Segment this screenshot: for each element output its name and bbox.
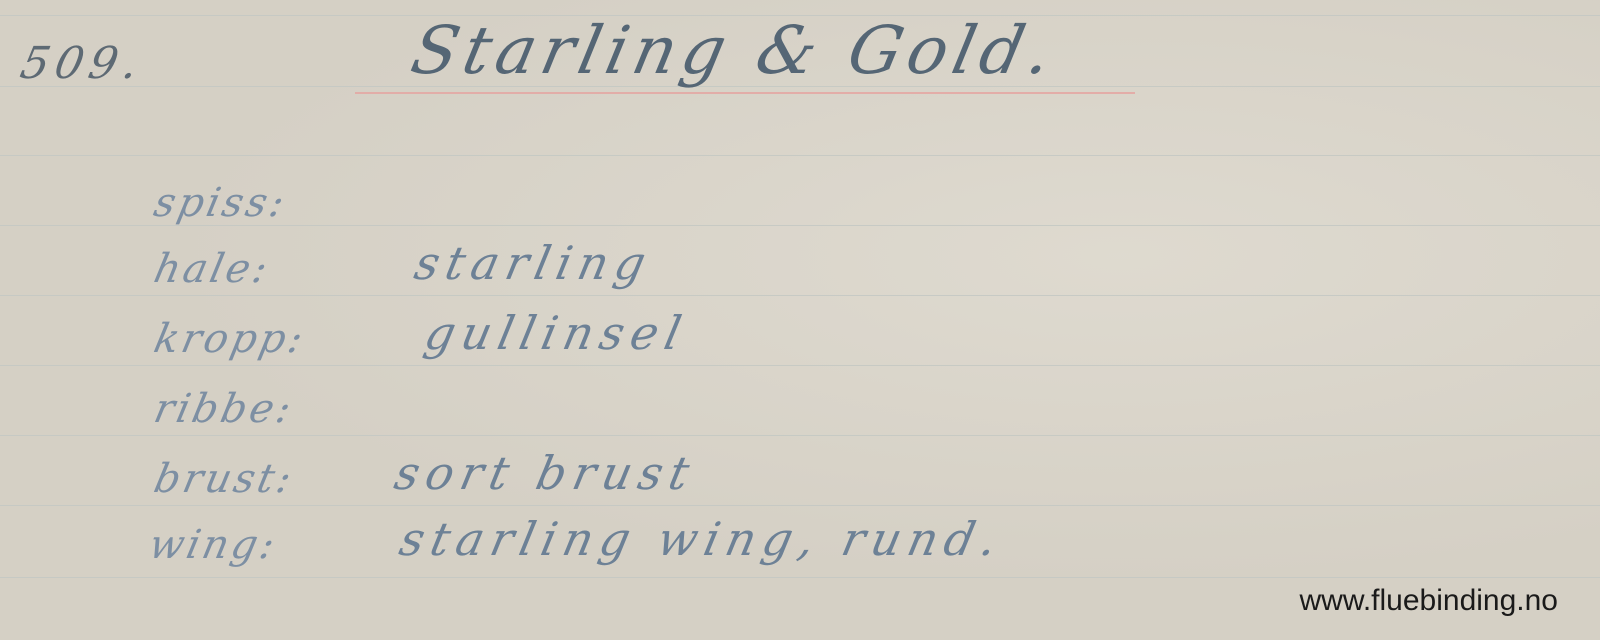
- ruled-line: [0, 365, 1600, 366]
- field-label-spiss: spiss:: [150, 180, 291, 226]
- field-label-hale: hale:: [150, 246, 274, 292]
- ruled-line: [0, 435, 1600, 436]
- field-value-kropp: gullinsel: [420, 306, 693, 360]
- entry-number: 509.: [16, 38, 149, 89]
- website-watermark: www.fluebinding.no: [1299, 584, 1558, 618]
- ruled-line: [0, 295, 1600, 296]
- ruled-line: [0, 505, 1600, 506]
- field-label-ribbe: ribbe:: [150, 386, 298, 432]
- field-value-wing: starling wing, rund.: [395, 512, 1009, 566]
- fly-title: Starling & Gold.: [405, 12, 1064, 89]
- title-underline: [355, 92, 1135, 94]
- field-value-hale: starling: [410, 236, 657, 290]
- field-label-wing: wing:: [145, 522, 282, 568]
- field-label-brust: brust:: [150, 456, 298, 502]
- ruled-line: [0, 155, 1600, 156]
- field-value-brust: sort brust: [390, 446, 701, 500]
- field-label-kropp: kropp:: [150, 316, 310, 362]
- ruled-line: [0, 577, 1600, 578]
- notebook-page: 509. Starling & Gold. spiss: hale: starl…: [0, 0, 1600, 640]
